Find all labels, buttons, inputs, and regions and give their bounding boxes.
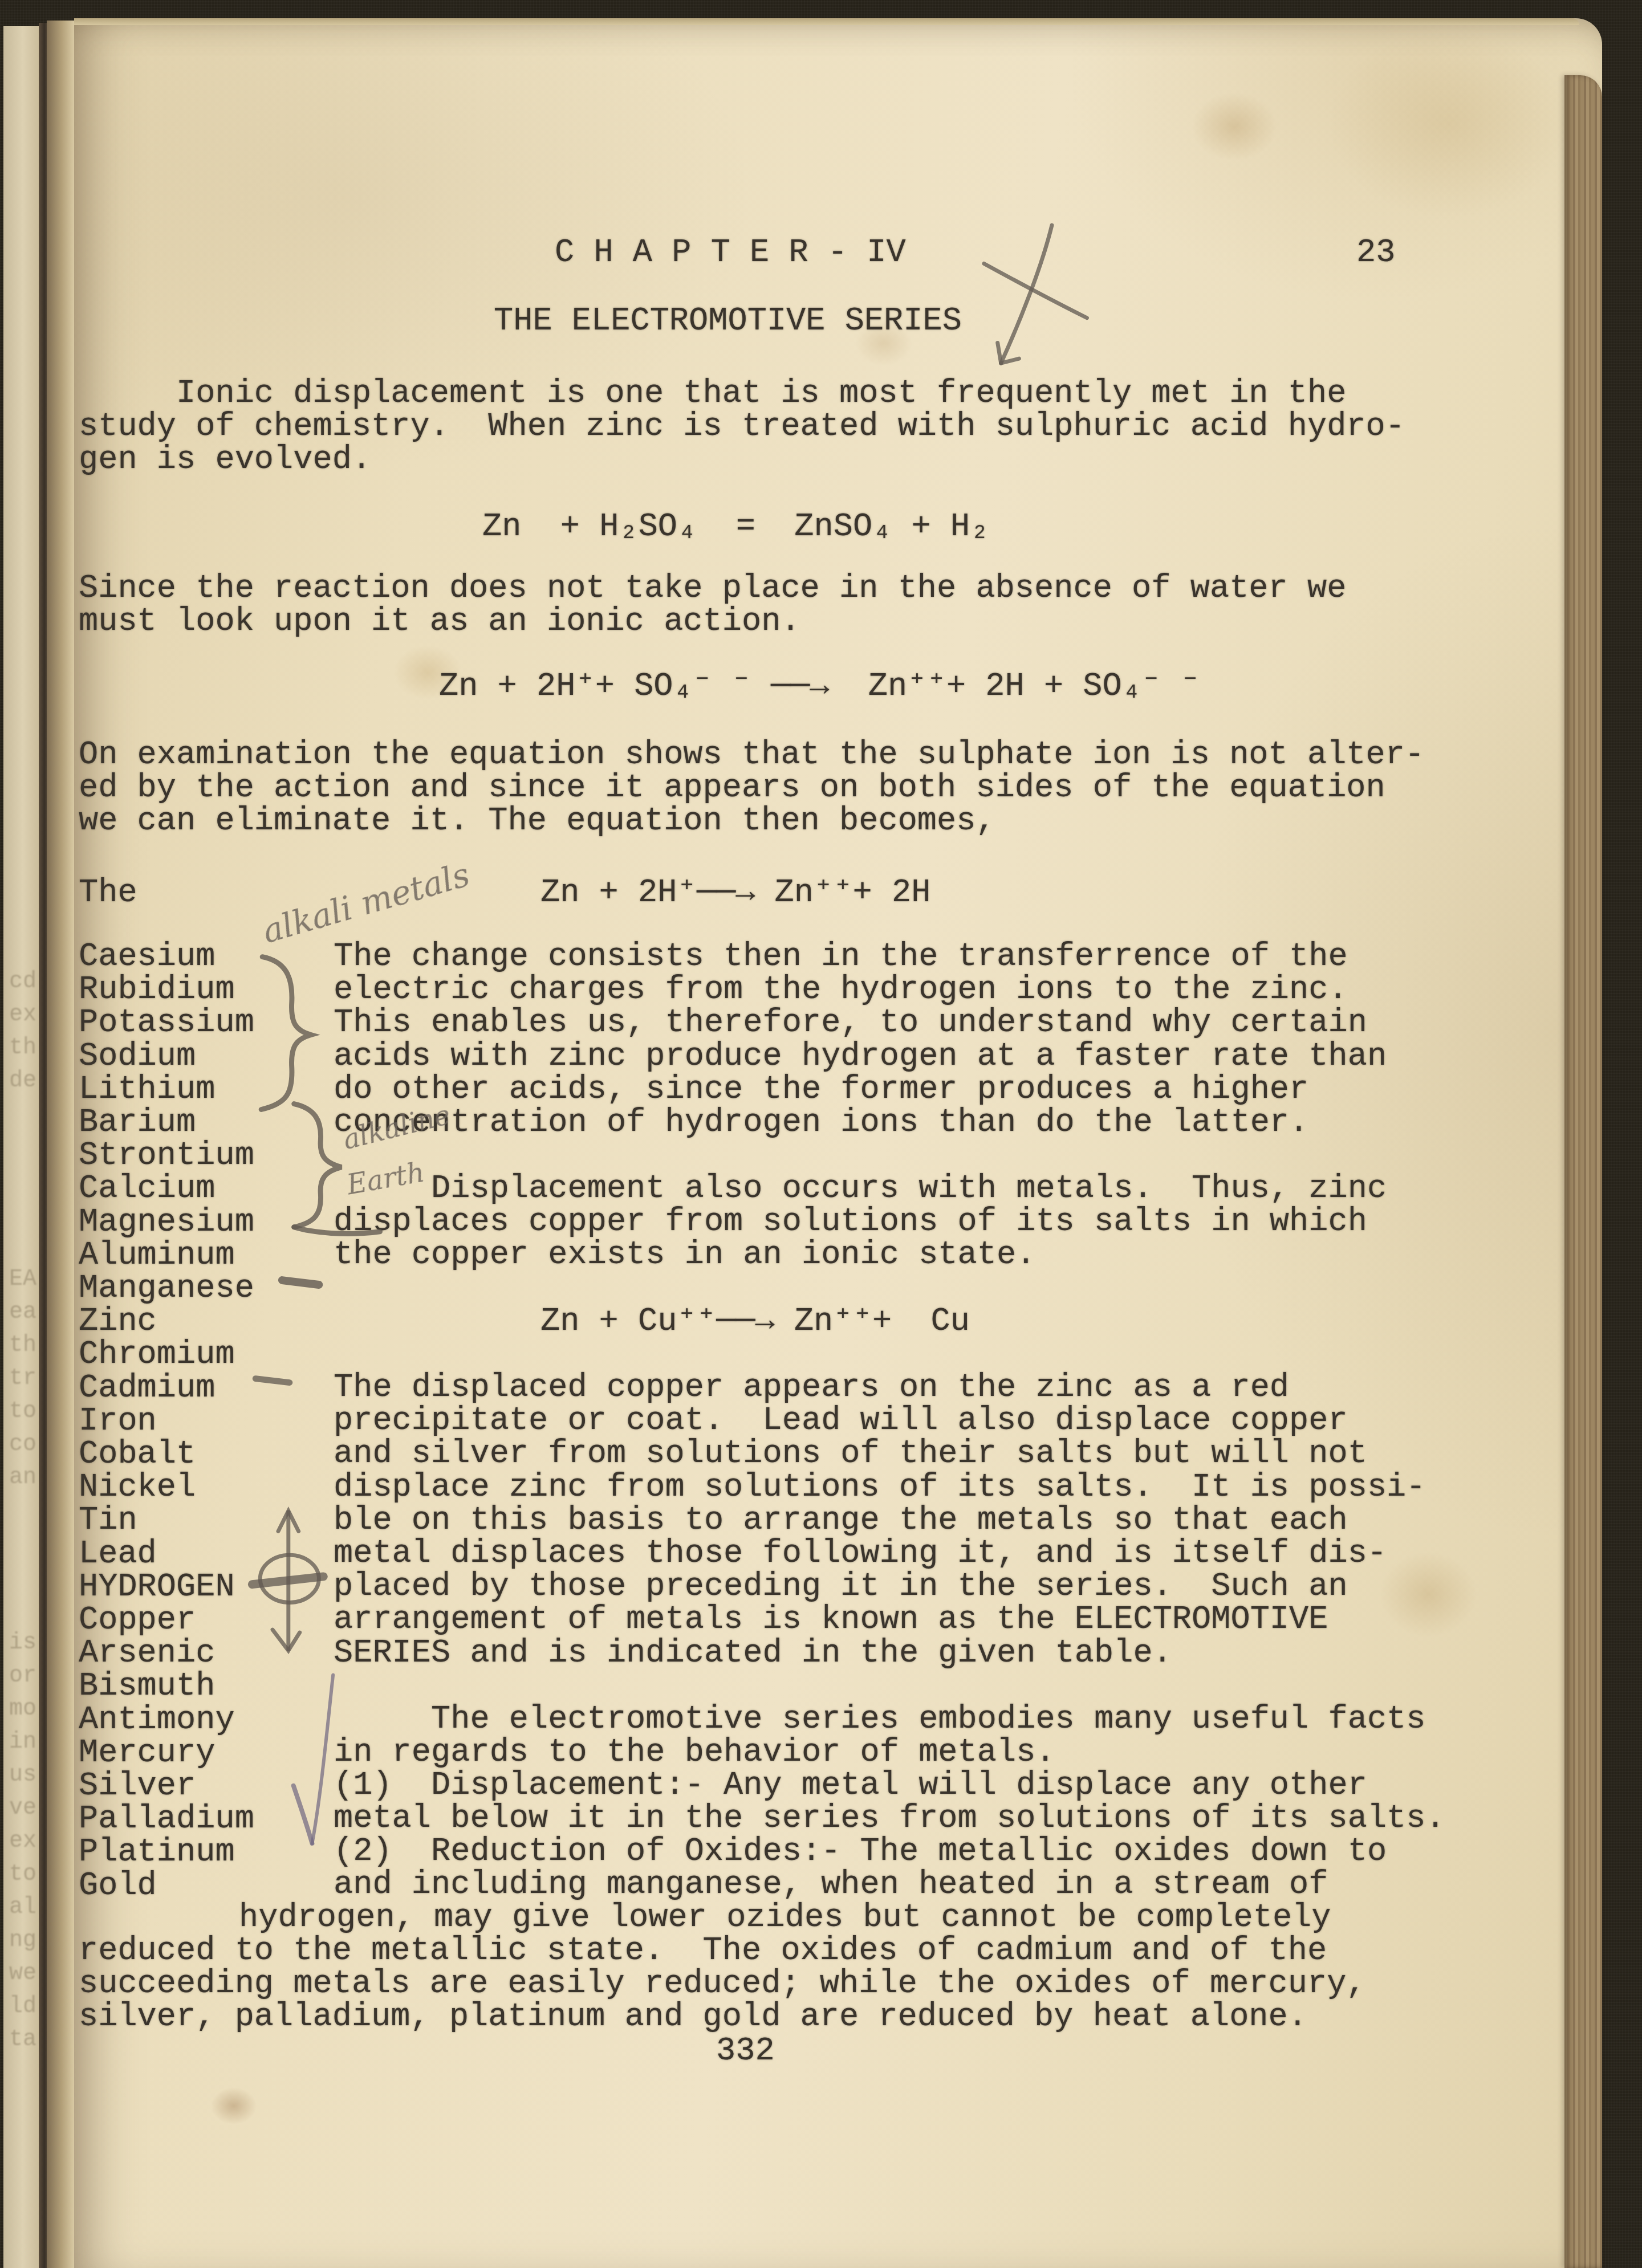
metal-item: Sodium — [79, 1040, 254, 1073]
show-through-fragment: ex — [3, 1825, 36, 1858]
document-page: C H A P T E R - IV 23 THE ELECTROMOTIVE … — [74, 18, 1602, 2268]
page-number-bottom: 332 — [716, 2035, 775, 2068]
paragraph-since: Since the reaction does not take place i… — [79, 572, 1346, 638]
pencil-checkmark — [294, 1675, 333, 1843]
show-through-fragment: de — [3, 1065, 36, 1098]
continuation-line: hydrogen, may give lower ozides but cann… — [239, 1901, 1331, 1935]
text-line: gen is evolved. — [79, 443, 1405, 477]
show-through-fragment: is — [3, 1627, 36, 1660]
show-through-fragment: ea — [3, 1296, 36, 1329]
show-through-fragment — [3, 1528, 36, 1561]
metal-item: Cadmium — [79, 1372, 254, 1405]
show-through-fragment: ve — [3, 1792, 36, 1825]
metal-item: Gold — [79, 1870, 254, 1903]
show-through-fragment: ng — [3, 1924, 36, 1957]
metal-item: Chromium — [79, 1338, 254, 1371]
text-line: do other acids, since the former produce… — [334, 1073, 1387, 1106]
show-through-text: cdexthdeEAeathtrtocoanisormoinusveextoal… — [3, 966, 36, 2057]
text-line: arrangement of metals is known as the EL… — [334, 1603, 1426, 1636]
text-line: The change consists then in the transfer… — [334, 940, 1387, 974]
text-line: The displaced copper appears on the zinc… — [334, 1371, 1426, 1404]
metal-item: Calcium — [79, 1172, 254, 1206]
handwriting-alkali-metals: alkali metals — [258, 855, 474, 951]
show-through-fragment — [3, 1230, 36, 1263]
metal-item: Platinum — [79, 1836, 254, 1869]
text-line: (1) Displacement:- Any metal will displa… — [334, 1769, 1445, 1802]
show-through-fragment: EA — [3, 1263, 36, 1296]
text-line: displaces copper from solutions of its s… — [334, 1206, 1387, 1239]
adjacent-page-sliver: cdexthdeEAeathtrtocoanisormoinusveextoal… — [3, 26, 39, 2268]
metal-item: Zinc — [79, 1305, 254, 1338]
show-through-fragment: in — [3, 1726, 36, 1759]
metal-item: Copper — [79, 1604, 254, 1637]
text-line: acids with zinc produce hydrogen at a fa… — [334, 1040, 1387, 1073]
metal-item: Tin — [79, 1504, 254, 1537]
metal-item: Barium — [79, 1106, 254, 1139]
equation-zinc-sulphuric: Zn + H₂SO₄ = ZnSO₄ + H₂ — [482, 511, 989, 544]
text-line: ble on this basis to arrange the metals … — [334, 1504, 1426, 1537]
section-title: THE ELECTROMOTIVE SERIES — [494, 305, 962, 338]
paper-stain — [1328, 30, 1568, 218]
pencil-dash-manganese — [282, 1280, 319, 1285]
paragraph-closing: reduced to the metallic state. The oxide… — [79, 1935, 1366, 2034]
text-line: Since the reaction does not take place i… — [79, 572, 1346, 605]
metal-item: Mercury — [79, 1737, 254, 1770]
metal-item: Nickel — [79, 1471, 254, 1504]
metal-item: Silver — [79, 1770, 254, 1803]
metal-item: Caesium — [79, 940, 254, 974]
metal-item: HYDROGEN — [79, 1571, 254, 1604]
paragraph-intro: Ionic displacement is one that is most f… — [79, 377, 1405, 477]
metal-item: Palladium — [79, 1803, 254, 1836]
show-through-fragment: us — [3, 1759, 36, 1792]
text-line: This enables us, therefore, to understan… — [334, 1007, 1387, 1040]
show-through-fragment: or — [3, 1660, 36, 1693]
text-line: Ionic displacement is one that is most f… — [79, 377, 1405, 410]
show-through-fragment: tr — [3, 1362, 36, 1395]
text-line: silver, palladium, platinum and gold are… — [79, 2001, 1366, 2034]
metal-item: Antimony — [79, 1704, 254, 1737]
text-line: electric charges from the hydrogen ions … — [334, 974, 1387, 1007]
paper-stain — [1192, 92, 1277, 161]
show-through-fragment: we — [3, 1957, 36, 1990]
metal-item: Iron — [79, 1405, 254, 1438]
page-gutter-fold — [47, 21, 74, 2268]
list-item-displacement: (1) Displacement:- Any metal will displa… — [334, 1769, 1445, 1835]
show-through-fragment — [3, 1197, 36, 1230]
show-through-fragment: al — [3, 1891, 36, 1924]
show-through-fragment: to — [3, 1858, 36, 1891]
show-through-fragment: mo — [3, 1693, 36, 1726]
text-line: displace zinc from solutions of its salt… — [334, 1471, 1426, 1504]
metal-item: Magnesium — [79, 1206, 254, 1239]
chapter-heading: C H A P T E R - IV — [555, 237, 906, 270]
text-line: and including manganese, when heated in … — [334, 1868, 1387, 1901]
text-line: precipitate or coat. Lead will also disp… — [334, 1404, 1426, 1438]
text-line: The electromotive series embodies many u… — [334, 1703, 1426, 1736]
show-through-fragment — [3, 1594, 36, 1627]
show-through-fragment — [3, 1131, 36, 1164]
show-through-fragment: ld — [3, 1990, 36, 2023]
text-line: placed by those preceding it in the seri… — [334, 1570, 1426, 1603]
metal-item: Lead — [79, 1538, 254, 1571]
show-through-fragment — [3, 1561, 36, 1594]
show-through-fragment — [3, 1495, 36, 1528]
paragraph-displaced-copper: The displaced copper appears on the zinc… — [334, 1371, 1426, 1670]
paragraph-examination: On examination the equation shows that t… — [79, 739, 1424, 838]
show-through-fragment: ta — [3, 2023, 36, 2057]
show-through-fragment — [3, 1098, 36, 1131]
text-line: must look upon it as an ionic action. — [79, 605, 1346, 638]
text-line: we can eliminate it. The equation then b… — [79, 805, 1424, 838]
metal-item: Cobalt — [79, 1438, 254, 1471]
pencil-arrow-hydrogen — [252, 1511, 323, 1651]
pencil-x-mark — [984, 225, 1087, 363]
show-through-fragment: ex — [3, 999, 36, 1032]
text-line: and silver from solutions of their salts… — [334, 1438, 1426, 1471]
metal-item: Potassium — [79, 1007, 254, 1040]
text-line: reduced to the metallic state. The oxide… — [79, 1935, 1366, 1968]
text-line: study of chemistry. When zinc is treated… — [79, 410, 1405, 443]
text-line: metal below it in the series from soluti… — [334, 1802, 1445, 1835]
text-line: the copper exists in an ionic state. — [334, 1239, 1387, 1272]
metal-item: Strontium — [79, 1139, 254, 1172]
show-through-fragment: th — [3, 1032, 36, 1065]
metal-item: Lithium — [79, 1073, 254, 1106]
metal-item: Bismuth — [79, 1670, 254, 1703]
text-line: metal displaces those following it, and … — [334, 1537, 1426, 1570]
stray-word-the: The — [79, 877, 137, 910]
text-line: SERIES and is indicated in the given tab… — [334, 1637, 1426, 1670]
metal-item: Rubidium — [79, 974, 254, 1007]
text-line: ed by the action and since it appears on… — [79, 772, 1424, 805]
list-item-reduction: (2) Reduction of Oxides:- The metallic o… — [334, 1835, 1387, 1901]
equation-ionic-reduced: Zn + 2H⁺──→ Zn⁺⁺+ 2H — [540, 877, 930, 910]
paragraph-embodies: The electromotive series embodies many u… — [334, 1703, 1426, 1769]
binding-gutter-shadow — [39, 23, 47, 2268]
pencil-dash-cadmium — [255, 1379, 290, 1383]
metal-item: Manganese — [79, 1272, 254, 1305]
pencil-brace-alkali — [261, 957, 311, 1110]
paragraph-displacement: Displacement also occurs with metals. Th… — [334, 1172, 1387, 1272]
metal-item: Aluminum — [79, 1239, 254, 1272]
text-line: Displacement also occurs with metals. Th… — [334, 1172, 1387, 1206]
paragraph-change: The change consists then in the transfer… — [334, 940, 1387, 1139]
text-line: On examination the equation shows that t… — [79, 739, 1424, 772]
show-through-fragment: co — [3, 1428, 36, 1461]
electromotive-series-list: CaesiumRubidiumPotassiumSodiumLithiumBar… — [79, 940, 254, 1903]
text-line: concentration of hydrogen ions than do t… — [334, 1106, 1387, 1139]
text-line: succeeding metals are easily reduced; wh… — [79, 1968, 1366, 2001]
text-line: in regards to the behavior of metals. — [334, 1736, 1426, 1769]
equation-zinc-copper: Zn + Cu⁺⁺──→ Zn⁺⁺+ Cu — [540, 1305, 970, 1338]
show-through-fragment: cd — [3, 966, 36, 999]
scanned-book-photo: cdexthdeEAeathtrtocoanisormoinusveextoal… — [0, 0, 1642, 2268]
show-through-fragment: to — [3, 1395, 36, 1428]
page-edge-stack — [1564, 75, 1602, 2268]
show-through-fragment: th — [3, 1329, 36, 1362]
equation-ionic-full: Zn + 2H⁺+ SO₄⁻ ⁻ ──→ Zn⁺⁺+ 2H + SO₄⁻ ⁻ — [439, 670, 1200, 703]
metal-item: Arsenic — [79, 1637, 254, 1670]
show-through-fragment: an — [3, 1461, 36, 1495]
paper-stain — [211, 2087, 257, 2124]
show-through-fragment — [3, 1164, 36, 1197]
text-line: (2) Reduction of Oxides:- The metallic o… — [334, 1835, 1387, 1868]
page-number-top: 23 — [1356, 237, 1395, 270]
